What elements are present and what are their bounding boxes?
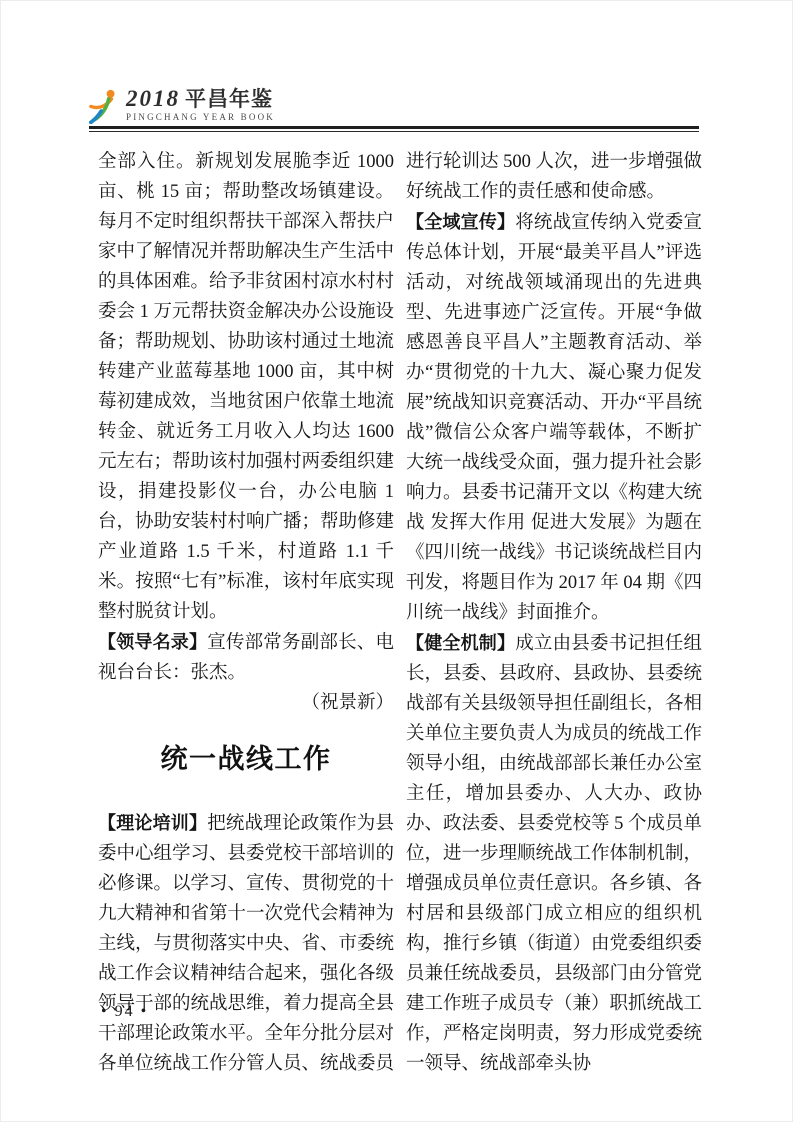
logo-year: 2018 — [126, 87, 180, 111]
page-header: 2018 平昌年鉴 PINGCHANG YEAR BOOK — [89, 87, 699, 132]
mechanism-text: 成立由县委书记担任组长，县委、县政府、县政协、县委统战部有关县级领导担任副组长，… — [406, 634, 702, 1074]
theory-training-tag: 【理论培训】 — [98, 813, 207, 833]
para-full-coverage-publicity: 【全域宣传】将统战宣传纳入党委宣传总体计划，开展“最美平昌人”评选活动，对统战领… — [406, 207, 702, 628]
logo-title-en: PINGCHANG YEAR BOOK — [126, 112, 275, 122]
header-rule — [89, 126, 699, 132]
para-sound-mechanism: 【健全机制】成立由县委书记担任组长，县委、县政府、县政协、县委统战部有关县级领导… — [406, 628, 702, 1079]
right-column: 进行轮训达 500 人次，进一步增强做好统战工作的责任感和使命感。 【全域宣传】… — [406, 147, 702, 1079]
yearbook-page: 2018 平昌年鉴 PINGCHANG YEAR BOOK 全部入住。新规划发展… — [0, 0, 793, 1122]
heading-united-front-work: 统一战线工作 — [98, 742, 394, 776]
page-number: • 94 • — [101, 1003, 148, 1021]
para-poverty-relief-continuation: 全部入住。新规划发展脆李近 1000 亩、桃 15 亩；帮助整改场镇建设。每月不… — [98, 147, 394, 627]
byline-author: （祝景新） — [98, 688, 394, 718]
logo-head-dot — [107, 90, 115, 98]
publicity-text: 将统战宣传纳入党委宣传总体计划，开展“最美平昌人”评选活动，对统战领域涌现出的先… — [406, 213, 702, 623]
para-rotation-training-continuation: 进行轮训达 500 人次，进一步增强做好统战工作的责任感和使命感。 — [406, 147, 702, 207]
yearbook-logo: 2018 平昌年鉴 PINGCHANG YEAR BOOK — [89, 87, 699, 125]
mechanism-tag: 【健全机制】 — [406, 633, 515, 653]
theory-training-text: 把统战理论政策作为县委中心组学习、县委党校干部培训的必修课。以学习、宣传、贯彻党… — [98, 814, 394, 1074]
publicity-tag: 【全域宣传】 — [406, 212, 515, 232]
logo-title-cn: 平昌年鉴 — [185, 87, 273, 111]
logo-figure-icon — [89, 87, 119, 124]
leaders-roster-tag: 【领导名录】 — [98, 632, 207, 652]
left-column: 全部入住。新规划发展脆李近 1000 亩、桃 15 亩；帮助整改场镇建设。每月不… — [98, 147, 394, 1079]
para-theory-training: 【理论培训】把统战理论政策作为县委中心组学习、县委党校干部培训的必修课。以学习、… — [98, 808, 394, 1079]
logo-text: 2018 平昌年鉴 PINGCHANG YEAR BOOK — [126, 87, 275, 122]
page-body: 全部入住。新规划发展脆李近 1000 亩、桃 15 亩；帮助整改场镇建设。每月不… — [98, 147, 702, 1079]
para-leaders-roster: 【领导名录】宣传部常务副部长、电视台台长：张杰。 — [98, 627, 394, 688]
